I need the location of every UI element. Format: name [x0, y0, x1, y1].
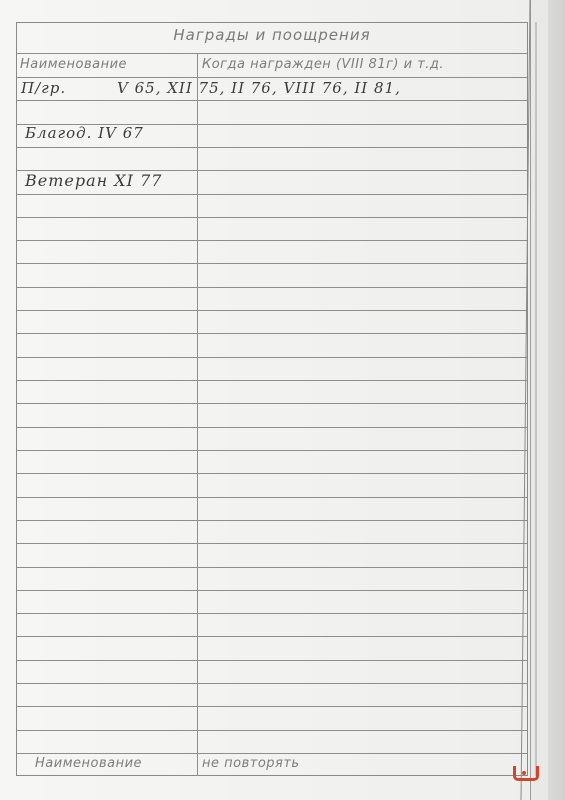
row-rule: [17, 497, 527, 498]
row-rule: [17, 567, 527, 568]
row-rule: [17, 730, 527, 731]
row-rule: [17, 170, 527, 171]
row-rule: [17, 450, 527, 451]
row-rule: [17, 473, 527, 474]
row-rule: [17, 77, 527, 78]
row-rule: [17, 683, 527, 684]
row-rule: [17, 753, 527, 754]
entry-name-3: Благод. IV 67: [25, 124, 144, 142]
title-divider: [17, 53, 527, 54]
footer-note-left: Наименование: [35, 756, 142, 771]
row-rule: [17, 543, 527, 544]
awards-table: Награды и поощрения Наименование Когда н…: [16, 22, 528, 776]
row-rule: [17, 357, 527, 358]
row-rule: [17, 263, 527, 264]
row-rule: [17, 100, 527, 101]
watermark-logo-icon: [513, 766, 539, 781]
row-rule: [17, 124, 527, 125]
row-rule: [17, 427, 527, 428]
row-rule: [17, 217, 527, 218]
row-rule: [17, 287, 527, 288]
row-rule: [17, 240, 527, 241]
row-rule: [17, 636, 527, 637]
back-sheet-shadow: [548, 0, 565, 800]
entry-when-1: V 65, XII 75, II 76, VIII 76, II 81,: [117, 79, 401, 97]
row-rule: [17, 380, 527, 381]
row-rule: [17, 310, 527, 311]
row-rule: [17, 403, 527, 404]
entry-name-5: Ветеран XI 77: [25, 171, 162, 190]
column-header-when: Когда награжден (VIII 81г) и т.д.: [202, 57, 444, 72]
row-rule: [17, 590, 527, 591]
entry-name-1: П/гр.: [21, 79, 66, 97]
row-rule: [17, 520, 527, 521]
row-rule: [17, 333, 527, 334]
table-title: Награды и поощрения: [17, 26, 527, 44]
row-rule: [17, 147, 527, 148]
footer-note-right: не повторять: [202, 756, 300, 771]
row-rule: [17, 613, 527, 614]
column-divider: [197, 54, 198, 775]
row-rule: [17, 706, 527, 707]
column-header-name: Наименование: [20, 57, 127, 72]
watermark-logo-dot: [522, 771, 526, 775]
row-rule: [17, 660, 527, 661]
row-rule: [17, 194, 527, 195]
